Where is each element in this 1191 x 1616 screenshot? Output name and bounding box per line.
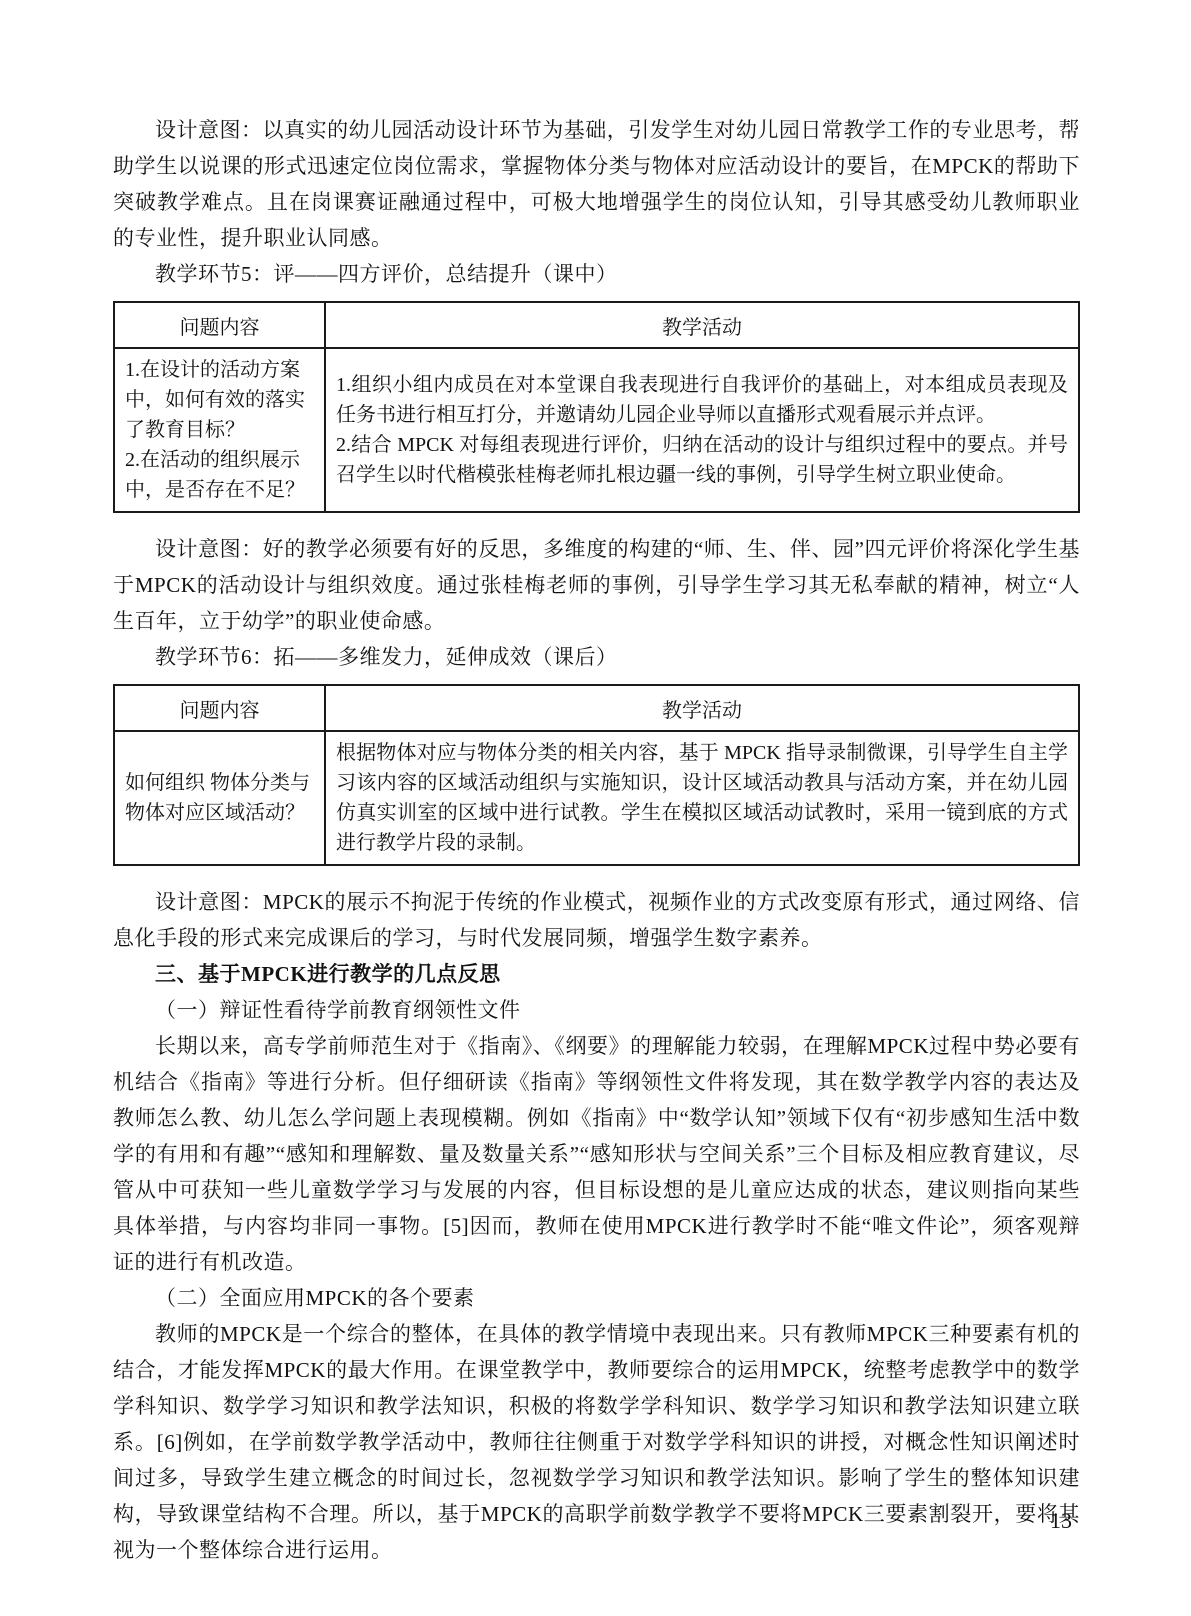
paragraph-reflection-2: 教师的MPCK是一个综合的整体，在具体的教学情境中表现出来。只有教师MPCK三种…: [113, 1316, 1080, 1568]
cell-question-text: 如何组织 物体分类与物体对应区域活动？: [125, 768, 314, 828]
table-row: 如何组织 物体分类与物体对应区域活动？ 根据物体对应与物体分类的相关内容，基于 …: [114, 731, 1079, 865]
paragraph-design-intent-2: 设计意图：好的教学必须要有好的反思，多维度的构建的“师、生、伴、园”四元评价将深…: [113, 531, 1080, 639]
cell-activity-text: 根据物体对应与物体分类的相关内容，基于 MPCK 指导录制微课，引导学生自主学习…: [336, 738, 1068, 858]
step5-title: 教学环节5：评——四方评价，总结提升（课中）: [113, 256, 1080, 292]
paragraph-reflection-1: 长期以来，高专学前师范生对于《指南》、《纲要》的理解能力较弱，在理解MPCK过程…: [113, 1028, 1080, 1280]
page-number: 13: [1050, 1508, 1072, 1534]
cell-activity-text: 1.组织小组内成员在对本堂课自我表现进行自我评价的基础上，对本组成员表现及任务书…: [336, 370, 1068, 490]
paper-page: 设计意图：以真实的幼儿园活动设计环节为基础，引发学生对幼儿园日常教学工作的专业思…: [0, 0, 1191, 1616]
cell-question: 如何组织 物体分类与物体对应区域活动？: [114, 731, 325, 865]
cell-question: 1.在设计的活动方案中，如何有效的落实了教育目标？ 2.在活动的组织展示中，是否…: [114, 348, 325, 512]
table-header-row: 问题内容 教学活动: [114, 302, 1079, 348]
table-header-row: 问题内容 教学活动: [114, 685, 1079, 731]
column-header-activity: 教学活动: [325, 302, 1079, 348]
section3-heading: 三、基于MPCK进行教学的几点反思: [113, 956, 1080, 992]
table-step5-evaluation: 问题内容 教学活动 1.在设计的活动方案中，如何有效的落实了教育目标？ 2.在活…: [113, 301, 1080, 513]
table-step6-extension: 问题内容 教学活动 如何组织 物体分类与物体对应区域活动？ 根据物体对应与物体分…: [113, 684, 1080, 866]
column-header-question: 问题内容: [114, 302, 325, 348]
step6-title: 教学环节6：拓——多维发力，延伸成效（课后）: [113, 639, 1080, 675]
cell-activity: 根据物体对应与物体分类的相关内容，基于 MPCK 指导录制微课，引导学生自主学习…: [325, 731, 1079, 865]
paragraph-design-intent-1: 设计意图：以真实的幼儿园活动设计环节为基础，引发学生对幼儿园日常教学工作的专业思…: [113, 112, 1080, 256]
cell-question-text: 1.在设计的活动方案中，如何有效的落实了教育目标？ 2.在活动的组织展示中，是否…: [125, 355, 314, 505]
subsection2-heading: （二）全面应用MPCK的各个要素: [113, 1280, 1080, 1316]
table-row: 1.在设计的活动方案中，如何有效的落实了教育目标？ 2.在活动的组织展示中，是否…: [114, 348, 1079, 512]
column-header-question: 问题内容: [114, 685, 325, 731]
subsection1-heading: （一）辩证性看待学前教育纲领性文件: [113, 992, 1080, 1028]
cell-activity: 1.组织小组内成员在对本堂课自我表现进行自我评价的基础上，对本组成员表现及任务书…: [325, 348, 1079, 512]
paragraph-design-intent-3: 设计意图：MPCK的展示不拘泥于传统的作业模式，视频作业的方式改变原有形式，通过…: [113, 884, 1080, 956]
column-header-activity: 教学活动: [325, 685, 1079, 731]
